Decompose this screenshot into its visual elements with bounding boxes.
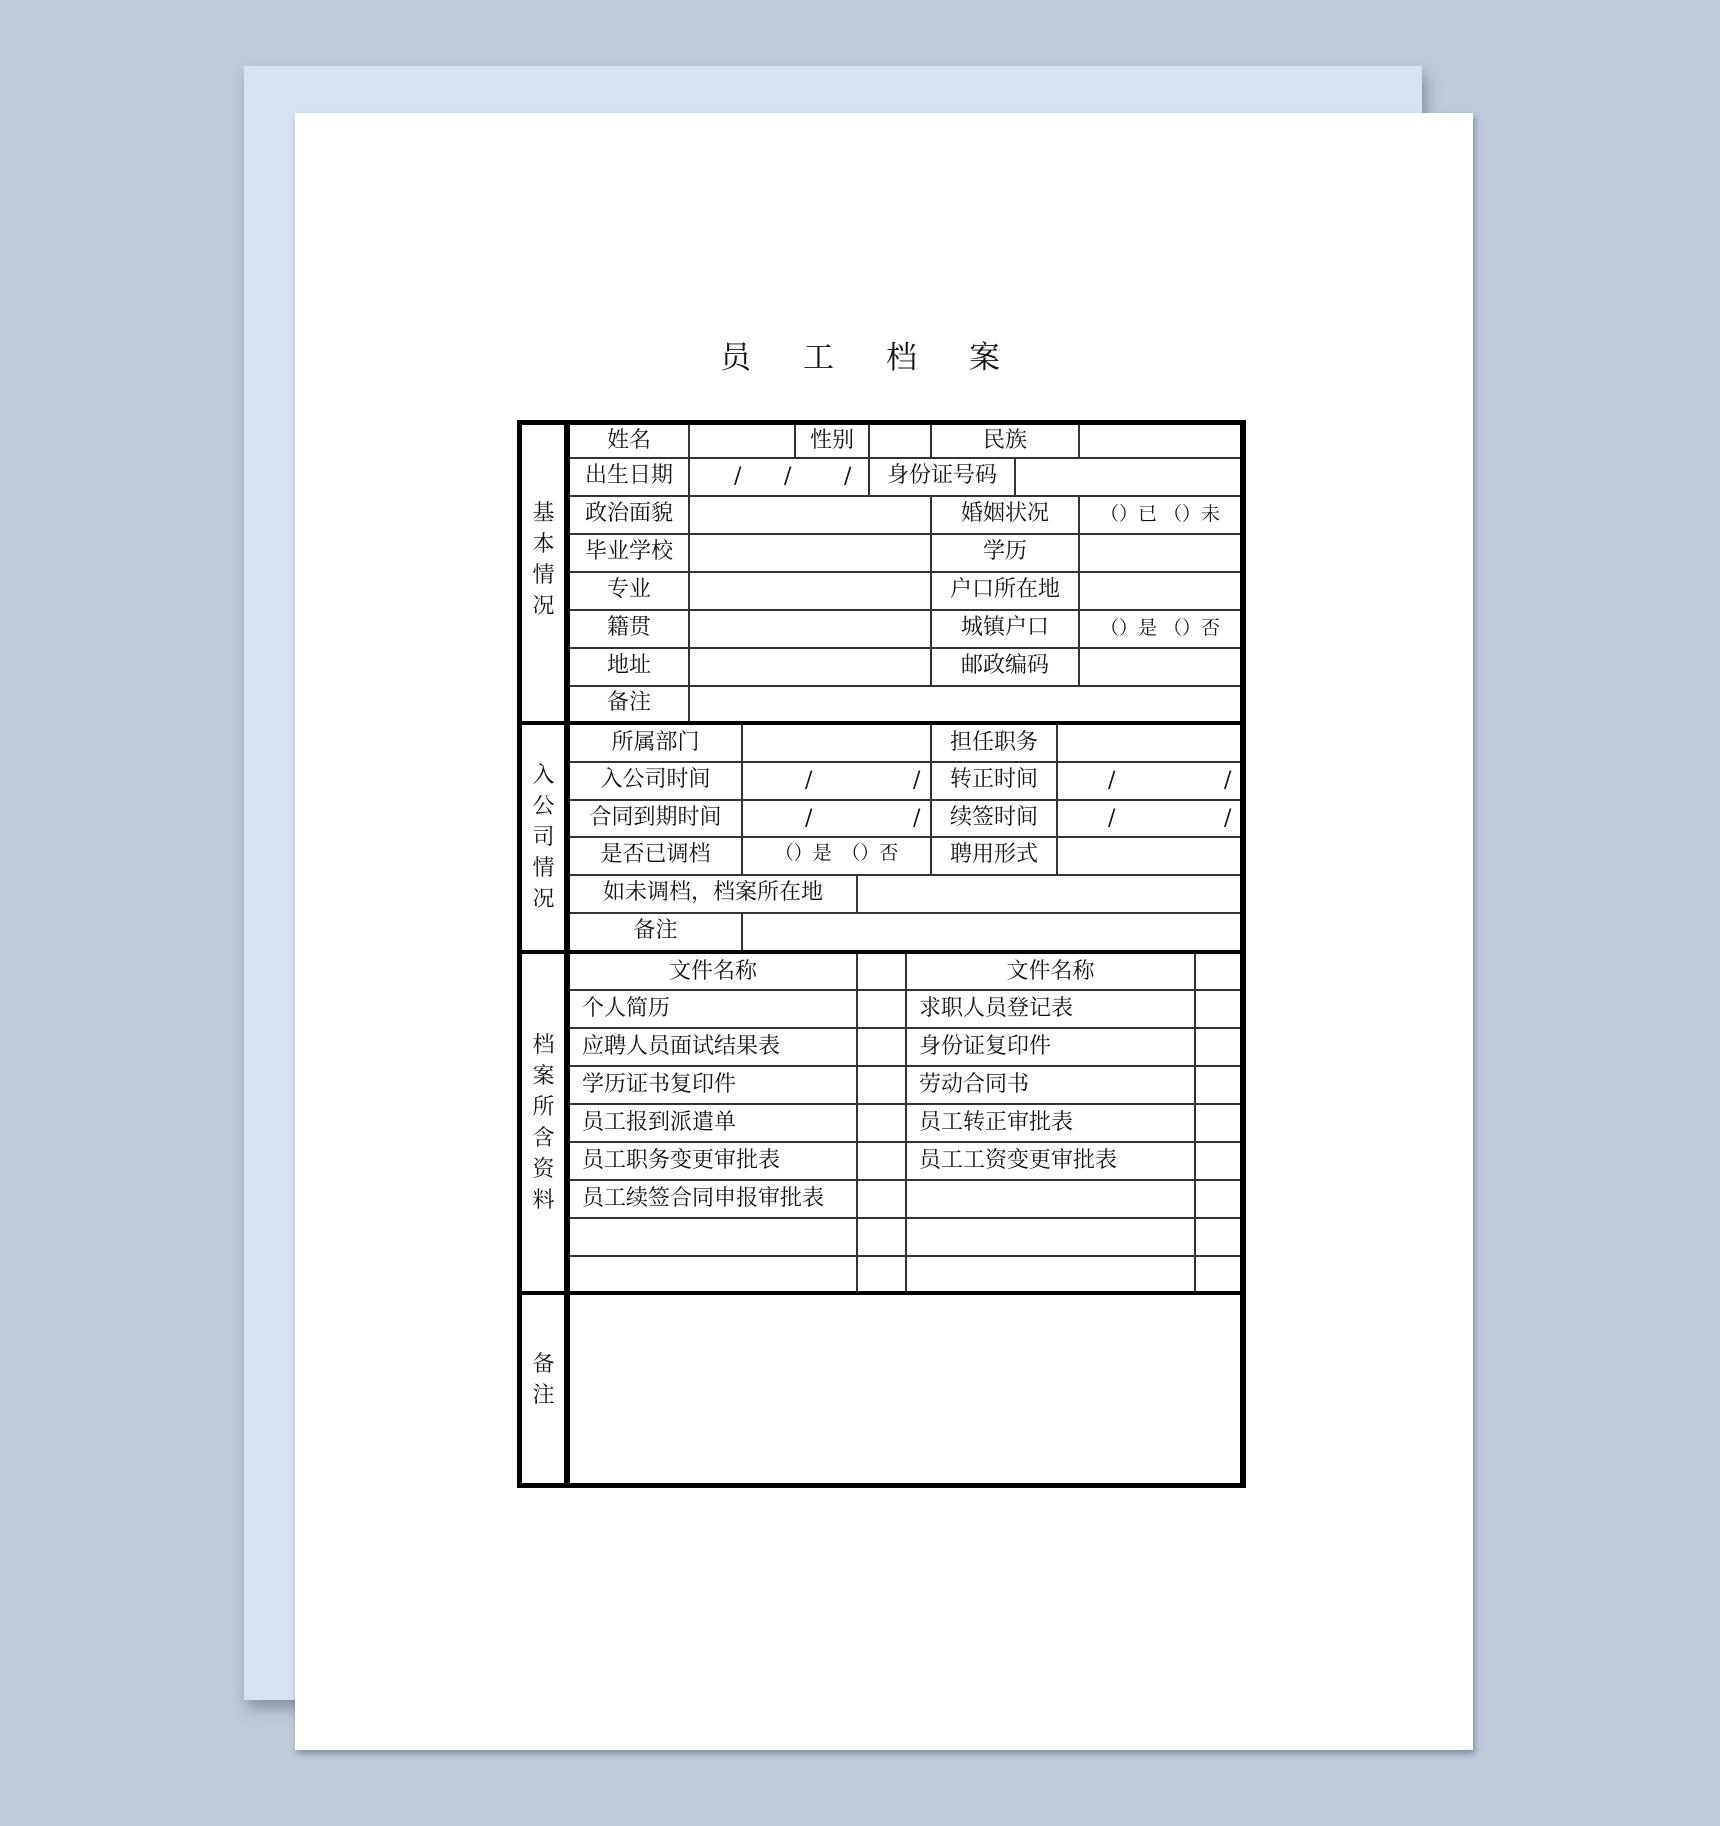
doc-item-right: 求职人员登记表 xyxy=(907,991,1206,1027)
graduated-school-field[interactable] xyxy=(690,533,930,571)
date-separator: / xyxy=(1224,808,1231,830)
marital-status-options[interactable]: （）已 （）未 xyxy=(1080,495,1240,533)
doc-item-right: 身份证复印件 xyxy=(907,1029,1206,1065)
file-transferred-options[interactable]: （）是 （）否 xyxy=(743,834,930,872)
side-char: 本 xyxy=(532,529,554,560)
doc-item-left: 员工职务变更审批表 xyxy=(570,1143,868,1179)
education-field[interactable] xyxy=(1080,533,1240,571)
regularization-date-field[interactable]: / / xyxy=(1058,763,1240,799)
side-char: 注 xyxy=(532,1380,554,1411)
doc-check-right[interactable] xyxy=(1196,1029,1240,1065)
label-political-status: 政治面貌 xyxy=(570,495,688,533)
date-separator: / xyxy=(734,466,741,488)
side-char: 案 xyxy=(532,1061,554,1092)
gender-field[interactable] xyxy=(870,425,930,457)
label-basic-remarks: 备注 xyxy=(570,685,688,721)
header-file-name-right: 文件名称 xyxy=(907,954,1194,989)
label-position: 担任职务 xyxy=(932,725,1056,761)
doc-item-left: 应聘人员面试结果表 xyxy=(570,1029,868,1065)
label-regularization-date: 转正时间 xyxy=(932,761,1056,799)
doc-item-right: 员工转正审批表 xyxy=(907,1105,1206,1141)
doc-item-right-empty xyxy=(907,1219,1206,1255)
doc-check-right[interactable] xyxy=(1196,1181,1240,1217)
doc-item-left-empty xyxy=(570,1219,868,1255)
table-border-left xyxy=(517,420,522,1488)
label-renewal-date: 续签时间 xyxy=(932,799,1056,836)
doc-item-left: 员工报到派遣单 xyxy=(570,1105,868,1141)
side-char: 含 xyxy=(532,1123,554,1154)
label-education: 学历 xyxy=(932,533,1078,571)
position-field[interactable] xyxy=(1058,725,1240,761)
native-place-field[interactable] xyxy=(690,609,930,647)
doc-check-left[interactable] xyxy=(858,1219,905,1255)
department-field[interactable] xyxy=(743,725,930,761)
label-gender: 性别 xyxy=(796,425,868,457)
date-separator: / xyxy=(784,466,791,488)
doc-item-left: 学历证书复印件 xyxy=(570,1067,868,1103)
label-postal-code: 邮政编码 xyxy=(932,647,1078,685)
id-number-field[interactable] xyxy=(1016,457,1240,495)
doc-check-right[interactable] xyxy=(1196,1219,1240,1255)
doc-check-left[interactable] xyxy=(858,1143,905,1179)
date-separator: / xyxy=(844,466,851,488)
label-employment-type: 聘用形式 xyxy=(932,836,1056,874)
label-department: 所属部门 xyxy=(570,725,741,761)
side-char: 料 xyxy=(532,1185,554,1216)
date-separator: / xyxy=(1108,770,1115,792)
label-join-date: 入公司时间 xyxy=(570,761,741,799)
label-address: 地址 xyxy=(570,647,688,685)
side-char: 司 xyxy=(532,822,554,853)
company-remarks-field[interactable] xyxy=(743,912,1240,950)
doc-check-right[interactable] xyxy=(1196,1143,1240,1179)
doc-item-left: 个人简历 xyxy=(570,991,868,1027)
doc-check-left[interactable] xyxy=(858,991,905,1027)
contract-expiry-field[interactable]: / / xyxy=(743,801,930,836)
table-border-bottom xyxy=(517,1483,1246,1488)
employment-type-field[interactable] xyxy=(1058,836,1240,874)
label-name: 姓名 xyxy=(570,425,688,457)
hukou-location-field[interactable] xyxy=(1080,571,1240,609)
doc-check-left[interactable] xyxy=(858,1181,905,1217)
side-char: 档 xyxy=(532,1030,554,1061)
label-hukou-location: 户口所在地 xyxy=(932,571,1078,609)
date-separator: / xyxy=(805,808,812,830)
label-major: 专业 xyxy=(570,571,688,609)
doc-check-left[interactable] xyxy=(858,1105,905,1141)
doc-item-right: 劳动合同书 xyxy=(907,1067,1206,1103)
name-field[interactable] xyxy=(690,425,794,457)
doc-check-left[interactable] xyxy=(858,1257,905,1291)
label-urban-hukou: 城镇户口 xyxy=(932,609,1078,647)
header-file-name-left: 文件名称 xyxy=(570,954,856,989)
remarks-field[interactable] xyxy=(570,1295,1240,1483)
doc-item-right-empty xyxy=(907,1257,1206,1291)
label-company-remarks: 备注 xyxy=(570,912,741,950)
file-location-field[interactable] xyxy=(858,874,1240,912)
label-id-number: 身份证号码 xyxy=(870,457,1014,495)
join-date-field[interactable]: / / xyxy=(743,763,930,799)
employee-record-table: 基 本 情 况 姓名 性别 民族 出生日期 / / / 身份证号码 政治面貌 婚… xyxy=(517,420,1246,1488)
birth-date-field[interactable]: / / / xyxy=(690,459,868,495)
side-label-remarks: 备 注 xyxy=(523,1295,564,1465)
doc-item-right-empty xyxy=(907,1181,1206,1217)
label-file-location: 如未调档，档案所在地 xyxy=(570,874,856,912)
date-separator: / xyxy=(913,808,920,830)
side-char: 公 xyxy=(532,791,554,822)
doc-check-right[interactable] xyxy=(1196,1257,1240,1291)
side-char: 况 xyxy=(532,884,554,915)
doc-item-left-empty xyxy=(570,1257,868,1291)
side-char: 况 xyxy=(532,591,554,622)
side-char: 情 xyxy=(532,560,554,591)
label-marital-status: 婚姻状况 xyxy=(932,495,1078,533)
label-native-place: 籍贯 xyxy=(570,609,688,647)
label-birth-date: 出生日期 xyxy=(570,457,688,495)
side-char: 情 xyxy=(532,853,554,884)
date-separator: / xyxy=(1108,808,1115,830)
doc-check-right[interactable] xyxy=(1196,991,1240,1027)
postal-code-field[interactable] xyxy=(1080,647,1240,685)
urban-hukou-options[interactable]: （）是 （）否 xyxy=(1080,609,1240,647)
side-char: 入 xyxy=(532,760,554,791)
doc-item-left: 员工续签合同申报审批表 xyxy=(570,1181,868,1217)
side-char: 所 xyxy=(532,1092,554,1123)
date-separator: / xyxy=(805,770,812,792)
major-field[interactable] xyxy=(690,571,930,609)
address-field[interactable] xyxy=(690,647,930,685)
side-char: 资 xyxy=(532,1154,554,1185)
doc-item-right: 员工工资变更审批表 xyxy=(907,1143,1206,1179)
label-contract-expiry: 合同到期时间 xyxy=(570,799,741,836)
basic-remarks-field[interactable] xyxy=(690,685,1240,721)
label-file-transferred: 是否已调档 xyxy=(570,836,741,874)
ethnicity-field[interactable] xyxy=(1080,425,1240,457)
side-char: 基 xyxy=(532,498,554,529)
side-label-documents: 档 案 所 含 资 料 xyxy=(523,954,564,1291)
political-status-field[interactable] xyxy=(690,495,930,533)
side-label-basic: 基 本 情 况 xyxy=(523,425,564,695)
doc-check-right[interactable] xyxy=(1196,1067,1240,1103)
label-ethnicity: 民族 xyxy=(932,425,1078,457)
label-graduated-school: 毕业学校 xyxy=(570,533,688,571)
doc-check-left[interactable] xyxy=(858,1029,905,1065)
renewal-date-field[interactable]: / / xyxy=(1058,801,1240,836)
table-border-right xyxy=(1240,420,1246,1488)
page-title: 员工档案 xyxy=(0,336,1720,380)
date-separator: / xyxy=(1224,770,1231,792)
doc-check-left[interactable] xyxy=(858,1067,905,1103)
doc-check-right[interactable] xyxy=(1196,1105,1240,1141)
date-separator: / xyxy=(913,770,920,792)
side-char: 备 xyxy=(532,1349,554,1380)
side-label-company: 入 公 司 情 况 xyxy=(523,725,564,950)
